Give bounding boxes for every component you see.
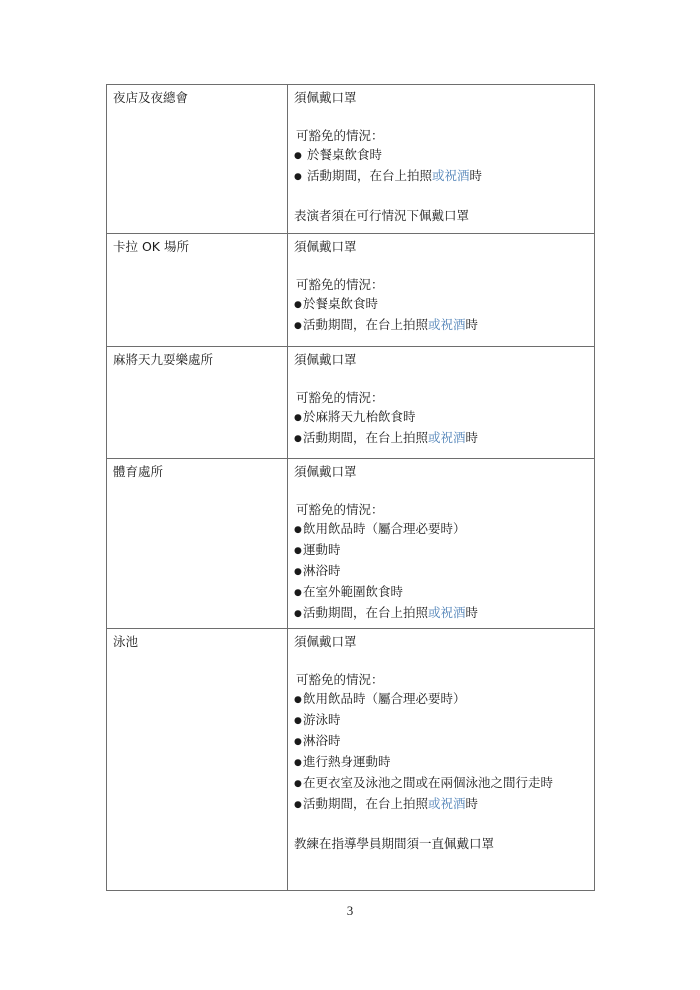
- requirement-text: 須佩戴口罩: [294, 350, 594, 369]
- bullet-icon: ●: [294, 605, 303, 624]
- note-text: 教練在指導學員期間須一直佩戴口罩: [294, 834, 594, 853]
- bullet-icon: ●: [294, 296, 303, 315]
- venue-cell: 體育處所: [107, 459, 288, 629]
- exemption-text: 淋浴時: [303, 733, 341, 748]
- exemption-text: 飲用飲品時（屬合理必要時）: [303, 521, 466, 536]
- bullet-icon: ●: [294, 521, 303, 540]
- spacer: [294, 107, 594, 126]
- rule-cell: 須佩戴口罩 可豁免的情況： ●於餐桌飲食時 ●活動期間，在台上拍照或祝酒時: [288, 234, 595, 347]
- list-item: ●在更衣室及泳池之間或在兩個泳池之間行走時: [294, 773, 594, 794]
- spacer: [294, 481, 594, 500]
- rule-cell: 須佩戴口罩 可豁免的情況： ●飲用飲品時（屬合理必要時） ●運動時 ●淋浴時 ●…: [288, 459, 595, 629]
- table-row: 卡拉 OK 場所 須佩戴口罩 可豁免的情況： ●於餐桌飲食時 ●活動期間，在台上…: [107, 234, 595, 347]
- exemption-text: 游泳時: [303, 712, 341, 727]
- venue-name: 體育處所: [113, 464, 163, 479]
- list-item: ●在室外範圍飲食時: [294, 582, 594, 603]
- list-item: ●飲用飲品時（屬合理必要時）: [294, 519, 594, 540]
- bullet-icon: ●: [294, 584, 303, 603]
- list-item: ●游泳時: [294, 710, 594, 731]
- bullet-icon: ●: [294, 733, 303, 752]
- exemption-text: 運動時: [303, 542, 341, 557]
- table-row: 體育處所 須佩戴口罩 可豁免的情況： ●飲用飲品時（屬合理必要時） ●運動時 ●…: [107, 459, 595, 629]
- exemption-text: 進行熱身運動時: [303, 754, 391, 769]
- document-page: 夜店及夜總會 須佩戴口罩 可豁免的情況： ● 於餐桌飲食時 ● 活動期間，在台上…: [0, 0, 700, 990]
- exemption-text: 淋浴時: [303, 563, 341, 578]
- mask-rules-table: 夜店及夜總會 須佩戴口罩 可豁免的情況： ● 於餐桌飲食時 ● 活動期間，在台上…: [106, 84, 595, 891]
- exemption-text: 活動期間，在台上拍照: [307, 168, 432, 183]
- exemption-heading: 可豁免的情況：: [294, 388, 594, 407]
- venue-name: 泳池: [113, 634, 138, 649]
- highlighted-text: 或祝酒: [428, 796, 466, 811]
- table-row: 泳池 須佩戴口罩 可豁免的情況： ●飲用飲品時（屬合理必要時） ●游泳時 ●淋浴…: [107, 629, 595, 891]
- exemption-text: 飲用飲品時（屬合理必要時）: [303, 691, 466, 706]
- exemption-list: ●於麻將天九枱飲食時 ●活動期間，在台上拍照或祝酒時: [294, 407, 594, 449]
- exemption-list: ●飲用飲品時（屬合理必要時） ●游泳時 ●淋浴時 ●進行熱身運動時 ●在更衣室及…: [294, 689, 594, 815]
- exemption-heading: 可豁免的情況：: [294, 500, 594, 519]
- venue-name: 夜店及夜總會: [113, 90, 188, 105]
- bullet-icon: ●: [294, 563, 303, 582]
- exemption-heading: 可豁免的情況：: [294, 126, 594, 145]
- highlighted-text: 或祝酒: [432, 168, 470, 183]
- exemption-text: 於餐桌飲食時: [303, 296, 378, 311]
- venue-name: 麻將天九耍樂處所: [113, 352, 213, 367]
- list-item: ●淋浴時: [294, 561, 594, 582]
- exemption-heading: 可豁免的情況：: [294, 275, 594, 294]
- exemption-list: ● 於餐桌飲食時 ● 活動期間，在台上拍照或祝酒時: [294, 145, 594, 187]
- list-item: ●運動時: [294, 540, 594, 561]
- venue-cell: 泳池: [107, 629, 288, 891]
- venue-cell: 麻將天九耍樂處所: [107, 347, 288, 459]
- exemption-text: 於餐桌飲食時: [307, 147, 382, 162]
- spacer: [294, 815, 594, 834]
- highlighted-text: 或祝酒: [428, 430, 466, 445]
- highlighted-text: 或祝酒: [428, 605, 466, 620]
- list-item: ●活動期間，在台上拍照或祝酒時: [294, 315, 594, 336]
- exemption-text-suffix: 時: [466, 796, 479, 811]
- list-item: ●於餐桌飲食時: [294, 294, 594, 315]
- exemption-text: 活動期間，在台上拍照: [303, 605, 428, 620]
- spacer: [294, 369, 594, 388]
- venue-name: 卡拉 OK 場所: [113, 239, 189, 254]
- exemption-text: 活動期間，在台上拍照: [303, 317, 428, 332]
- requirement-text: 須佩戴口罩: [294, 462, 594, 481]
- table-row: 麻將天九耍樂處所 須佩戴口罩 可豁免的情況： ●於麻將天九枱飲食時 ●活動期間，…: [107, 347, 595, 459]
- exemption-text-suffix: 時: [466, 605, 479, 620]
- venue-cell: 卡拉 OK 場所: [107, 234, 288, 347]
- bullet-icon: ●: [294, 754, 303, 773]
- bullet-icon: ●: [294, 712, 303, 731]
- bullet-icon: ●: [294, 542, 303, 561]
- rule-cell: 須佩戴口罩 可豁免的情況： ● 於餐桌飲食時 ● 活動期間，在台上拍照或祝酒時 …: [288, 85, 595, 234]
- list-item: ●進行熱身運動時: [294, 752, 594, 773]
- bullet-icon: ●: [294, 430, 303, 449]
- list-item: ●活動期間，在台上拍照或祝酒時: [294, 794, 594, 815]
- exemption-text: 在室外範圍飲食時: [303, 584, 403, 599]
- exemption-text-suffix: 時: [466, 317, 479, 332]
- rule-cell: 須佩戴口罩 可豁免的情況： ●於麻將天九枱飲食時 ●活動期間，在台上拍照或祝酒時: [288, 347, 595, 459]
- requirement-text: 須佩戴口罩: [294, 88, 594, 107]
- bullet-icon: ●: [294, 775, 303, 794]
- table-row: 夜店及夜總會 須佩戴口罩 可豁免的情況： ● 於餐桌飲食時 ● 活動期間，在台上…: [107, 85, 595, 234]
- list-item: ●於麻將天九枱飲食時: [294, 407, 594, 428]
- bullet-icon: ●: [294, 796, 303, 815]
- bullet-icon: ●: [294, 691, 303, 710]
- exemption-list: ●飲用飲品時（屬合理必要時） ●運動時 ●淋浴時 ●在室外範圍飲食時 ●活動期間…: [294, 519, 594, 624]
- list-item: ●活動期間，在台上拍照或祝酒時: [294, 603, 594, 624]
- exemption-heading: 可豁免的情況：: [294, 670, 594, 689]
- list-item: ●活動期間，在台上拍照或祝酒時: [294, 428, 594, 449]
- rule-cell: 須佩戴口罩 可豁免的情況： ●飲用飲品時（屬合理必要時） ●游泳時 ●淋浴時 ●…: [288, 629, 595, 891]
- exemption-list: ●於餐桌飲食時 ●活動期間，在台上拍照或祝酒時: [294, 294, 594, 336]
- requirement-text: 須佩戴口罩: [294, 237, 594, 256]
- exemption-text-suffix: 時: [470, 168, 483, 183]
- list-item: ● 活動期間，在台上拍照或祝酒時: [294, 166, 594, 187]
- page-number: 3: [0, 903, 700, 919]
- bullet-icon: ●: [294, 317, 303, 336]
- spacer: [294, 651, 594, 670]
- exemption-text: 在更衣室及泳池之間或在兩個泳池之間行走時: [303, 775, 553, 790]
- list-item: ● 於餐桌飲食時: [294, 145, 594, 166]
- spacer: [294, 187, 594, 206]
- exemption-text-suffix: 時: [466, 430, 479, 445]
- bullet-icon: ●: [294, 409, 303, 428]
- bullet-icon: ●: [294, 147, 303, 166]
- exemption-text: 活動期間，在台上拍照: [303, 430, 428, 445]
- bullet-icon: ●: [294, 168, 303, 187]
- exemption-text: 於麻將天九枱飲食時: [303, 409, 416, 424]
- list-item: ●淋浴時: [294, 731, 594, 752]
- note-text: 表演者須在可行情況下佩戴口罩: [294, 206, 594, 225]
- venue-cell: 夜店及夜總會: [107, 85, 288, 234]
- highlighted-text: 或祝酒: [428, 317, 466, 332]
- exemption-text: 活動期間，在台上拍照: [303, 796, 428, 811]
- spacer: [294, 256, 594, 275]
- list-item: ●飲用飲品時（屬合理必要時）: [294, 689, 594, 710]
- requirement-text: 須佩戴口罩: [294, 632, 594, 651]
